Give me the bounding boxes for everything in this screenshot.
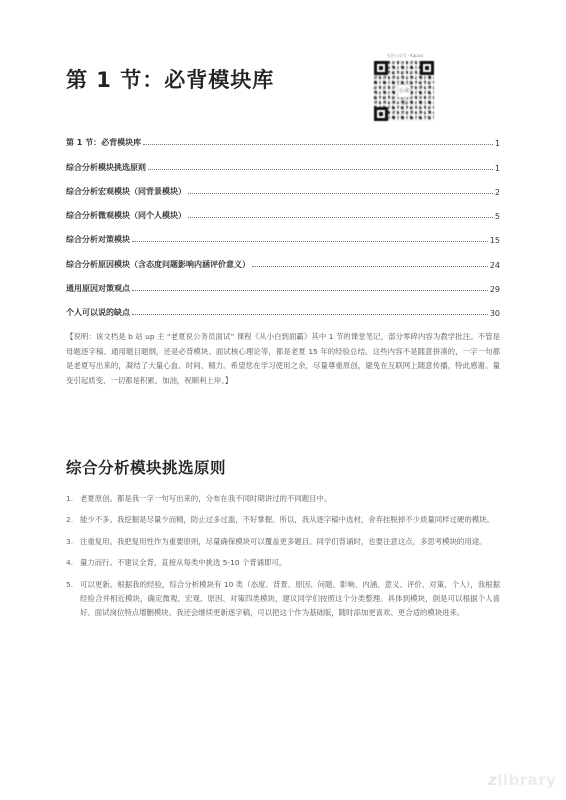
toc-leader: [188, 217, 493, 218]
toc-page-number: 2: [493, 188, 500, 197]
list-number: 4.: [66, 556, 80, 570]
explanatory-note: 【说明：该文档是 b 站 up 主 “老夏说公务员面试” 课程《从小白到面霸》其…: [66, 330, 500, 388]
section-heading: 综合分析模块挑选原则: [66, 456, 226, 478]
toc-label: 第 1 节：必背模块库: [66, 137, 143, 148]
toc-page-number: 15: [488, 236, 500, 245]
list-text: 老夏原创。都是我一字一句写出来的，分布在我不同时期讲过的不同题目中。: [80, 492, 500, 506]
list-text: 可以更新。根据我的经验，综合分析模块有 10 类（态度、背景、原因、问题、影响、…: [80, 578, 500, 621]
toc-leader: [148, 169, 493, 170]
zlibrary-watermark: zlibrary: [488, 771, 556, 789]
toc-page-number: 1: [493, 139, 500, 148]
toc-entry[interactable]: 第 1 节：必背模块库 1: [66, 124, 500, 148]
list-item: 3. 注重复用。我把复用性作为重要原则，尽量确保模块可以覆盖更多题目。同学们背诵…: [66, 535, 500, 549]
toc-label: 综合分析微观模块（同个人模块）: [66, 210, 188, 221]
toc-leader: [143, 144, 493, 145]
watermark-prefix: z: [488, 771, 497, 789]
toc-entry[interactable]: 综合分析对策模块 15: [66, 221, 500, 245]
list-item: 2. 能少不多。我挖掘是尽量少而精，防止过多过滥，不好掌握。所以，我从逐字稿中选…: [66, 513, 500, 527]
toc-entry[interactable]: 综合分析宏观模块（同背景模块） 2: [66, 173, 500, 197]
document-page: 第 1 节：必背模块库 关注公众号 · Kapusi 公众号 第 1 节：必背模…: [0, 0, 566, 800]
list-number: 2.: [66, 513, 80, 527]
table-of-contents: 第 1 节：必背模块库 1 综合分析模块挑选原则 1 综合分析宏观模块（同背景模…: [66, 124, 500, 318]
toc-entry[interactable]: 通用原因对策观点 29: [66, 270, 500, 294]
list-number: 1.: [66, 492, 80, 506]
principles-list: 1. 老夏原创。都是我一字一句写出来的，分布在我不同时期讲过的不同题目中。 2.…: [66, 492, 500, 628]
toc-page-number: 24: [488, 261, 500, 270]
list-number: 5.: [66, 578, 80, 621]
list-item: 5. 可以更新。根据我的经验，综合分析模块有 10 类（态度、背景、原因、问题、…: [66, 578, 500, 621]
list-text: 注重复用。我把复用性作为重要原则，尽量确保模块可以覆盖更多题目。同学们背诵时，也…: [80, 535, 500, 549]
toc-page-number: 1: [493, 164, 500, 173]
list-item: 1. 老夏原创。都是我一字一句写出来的，分布在我不同时期讲过的不同题目中。: [66, 492, 500, 506]
list-number: 3.: [66, 535, 80, 549]
qr-caption: 关注公众号 · Kapusi: [374, 52, 436, 59]
toc-page-number: 5: [493, 212, 500, 221]
qr-center-label: 公众号: [397, 84, 411, 98]
toc-leader: [252, 266, 488, 267]
toc-entry[interactable]: 综合分析模块挑选原则 1: [66, 148, 500, 172]
toc-label: 通用原因对策观点: [66, 283, 132, 294]
toc-entry[interactable]: 综合分析微观模块（同个人模块） 5: [66, 197, 500, 221]
list-item: 4. 量力而行。不建议全背，直接从每类中挑选 5-10 个背诵即可。: [66, 556, 500, 570]
toc-label: 综合分析原因模块（含态度问题影响内涵评价意义）: [66, 259, 252, 270]
watermark-text: library: [497, 771, 556, 789]
toc-label: 个人可以说的缺点: [66, 307, 132, 318]
toc-leader: [188, 193, 493, 194]
toc-entry[interactable]: 个人可以说的缺点 30: [66, 294, 500, 318]
toc-leader: [132, 241, 488, 242]
toc-page-number: 29: [488, 285, 500, 294]
toc-page-number: 30: [488, 309, 500, 318]
toc-leader: [132, 290, 488, 291]
qr-code-block: 关注公众号 · Kapusi 公众号: [374, 52, 436, 121]
toc-label: 综合分析宏观模块（同背景模块）: [66, 186, 188, 197]
qr-code-icon: 公众号: [374, 61, 434, 121]
toc-leader: [132, 314, 488, 315]
toc-entry[interactable]: 综合分析原因模块（含态度问题影响内涵评价意义） 24: [66, 245, 500, 269]
toc-label: 综合分析模块挑选原则: [66, 162, 148, 173]
list-text: 能少不多。我挖掘是尽量少而精，防止过多过滥，不好掌握。所以，我从逐字稿中选材，舍…: [80, 513, 500, 527]
toc-label: 综合分析对策模块: [66, 234, 132, 245]
page-title: 第 1 节：必背模块库: [66, 64, 274, 94]
list-text: 量力而行。不建议全背，直接从每类中挑选 5-10 个背诵即可。: [80, 556, 500, 570]
